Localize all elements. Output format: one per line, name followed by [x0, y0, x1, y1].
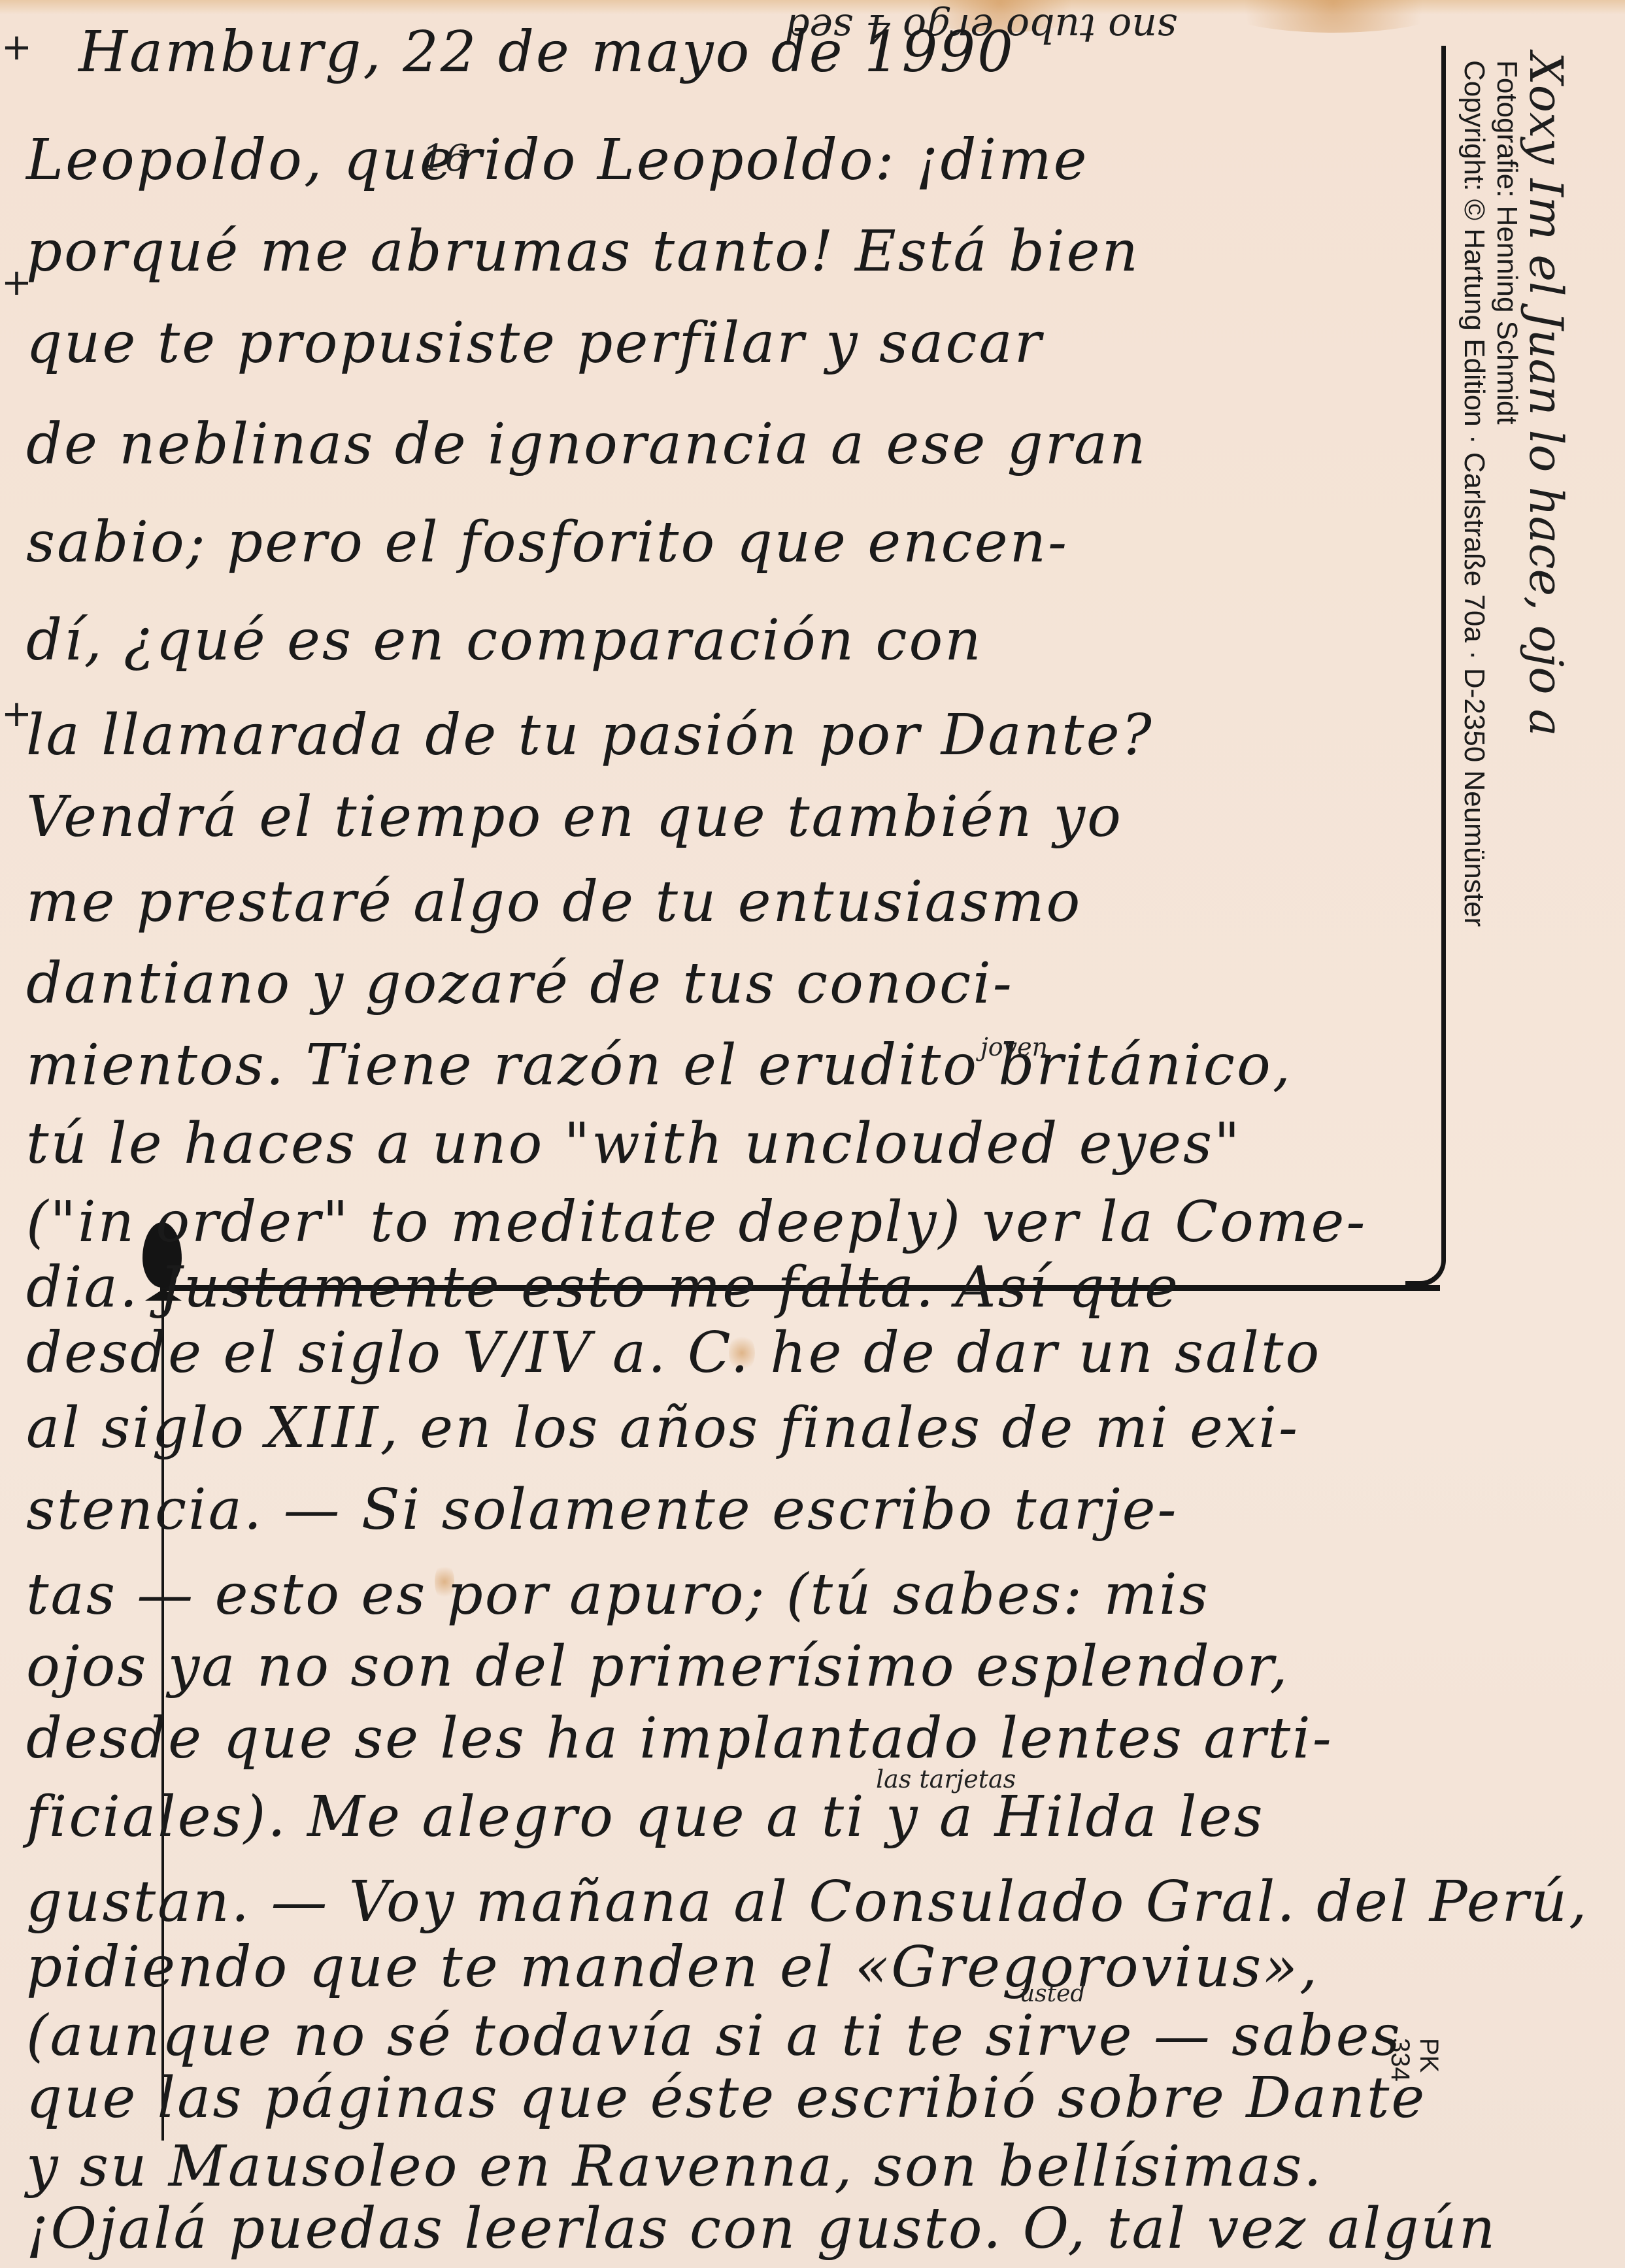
letter-line: al siglo XIII, en los años finales de mi… [26, 1395, 1595, 1461]
photo-credit: Fotografie: Henning Schmidt Copyright: ©… [1458, 60, 1523, 927]
letter-line: me prestaré algo de tu entusiasmo [26, 869, 1438, 935]
letter-line: gustan. — Voy mañana al Consulado Gral. … [26, 1869, 1595, 1935]
letter-line: ("in order" to meditate deeply) ver la C… [26, 1190, 1438, 1255]
insertion-joven: joven [980, 1033, 1048, 1061]
letter-line: tú le haces a uno "with unclouded eyes" [26, 1111, 1438, 1176]
letter-line: stencia. — Si solamente escribo tarje- [26, 1477, 1595, 1543]
letter-line: que te propusiste perfilar y sacar [26, 310, 1438, 376]
letter-line: de neblinas de ignorancia a ese gran [26, 412, 1438, 477]
letter-line: Vendrá el tiempo en que también yo [26, 784, 1438, 850]
letter-line: ¡Ojalá puedas leerlas con gusto. O, tal … [26, 2196, 1595, 2261]
place-date: Hamburg, 22 de mayo de 1990 [78, 20, 1490, 85]
letter-line: mientos. Tiene razón el erudito británic… [26, 1033, 1438, 1098]
credit-copyright: Copyright: © Hartung Edition · Carlstraß… [1458, 60, 1490, 927]
letter-line: tas — esto es por apuro; (tú sabes: mis [26, 1562, 1595, 1627]
right-margin-handwriting: Xoxy Im el Juan lo hace, ojo a [1516, 52, 1575, 737]
letter-line: dia. Justamente esto me falta. Así que [26, 1255, 1438, 1320]
letter-line: dí, ¿qué es en comparación con [26, 608, 1438, 673]
letter-line: desde que se les ha implantado lentes ar… [26, 1706, 1595, 1771]
letter-line: la llamarada de tu pasión por Dante? [26, 703, 1438, 768]
letter-line: pidiendo que te manden el «Gregorovius», [26, 1935, 1595, 2000]
margin-plus-mark: + [1, 26, 32, 69]
insertion-las-tarjetas: las tarjetas [876, 1765, 1016, 1793]
letter-line: porqué me abrumas tanto! Está bien [26, 219, 1438, 284]
letter-line: sabio; pero el fosforito que encen- [26, 510, 1438, 575]
letter-line: y su Mausoleo en Ravenna, son bellísimas… [26, 2134, 1595, 2199]
letter-line: (aunque no sé todavía si a ti te sirve —… [26, 2003, 1595, 2069]
letter-line: desde el siglo V/IV a. C. he de dar un s… [26, 1320, 1595, 1386]
letter-line: ojos ya no son del primerísimo esplendor… [26, 1634, 1595, 1699]
insertion-usted: usted [1020, 1980, 1085, 2007]
postcard-back: Fotografie: Henning Schmidt Copyright: ©… [0, 0, 1625, 2268]
margin-note-number: 16 [422, 137, 468, 180]
letter-line: Leopoldo, querido Leopoldo: ¡dime [26, 127, 1438, 193]
letter-line: ficiales). Me alegro que a ti y a Hilda … [26, 1784, 1595, 1850]
letter-line: dantiano y gozaré de tus conoci- [26, 951, 1438, 1016]
letter-line: que las páginas que éste escribió sobre … [26, 2065, 1595, 2131]
address-divider-vertical [1441, 46, 1446, 1261]
